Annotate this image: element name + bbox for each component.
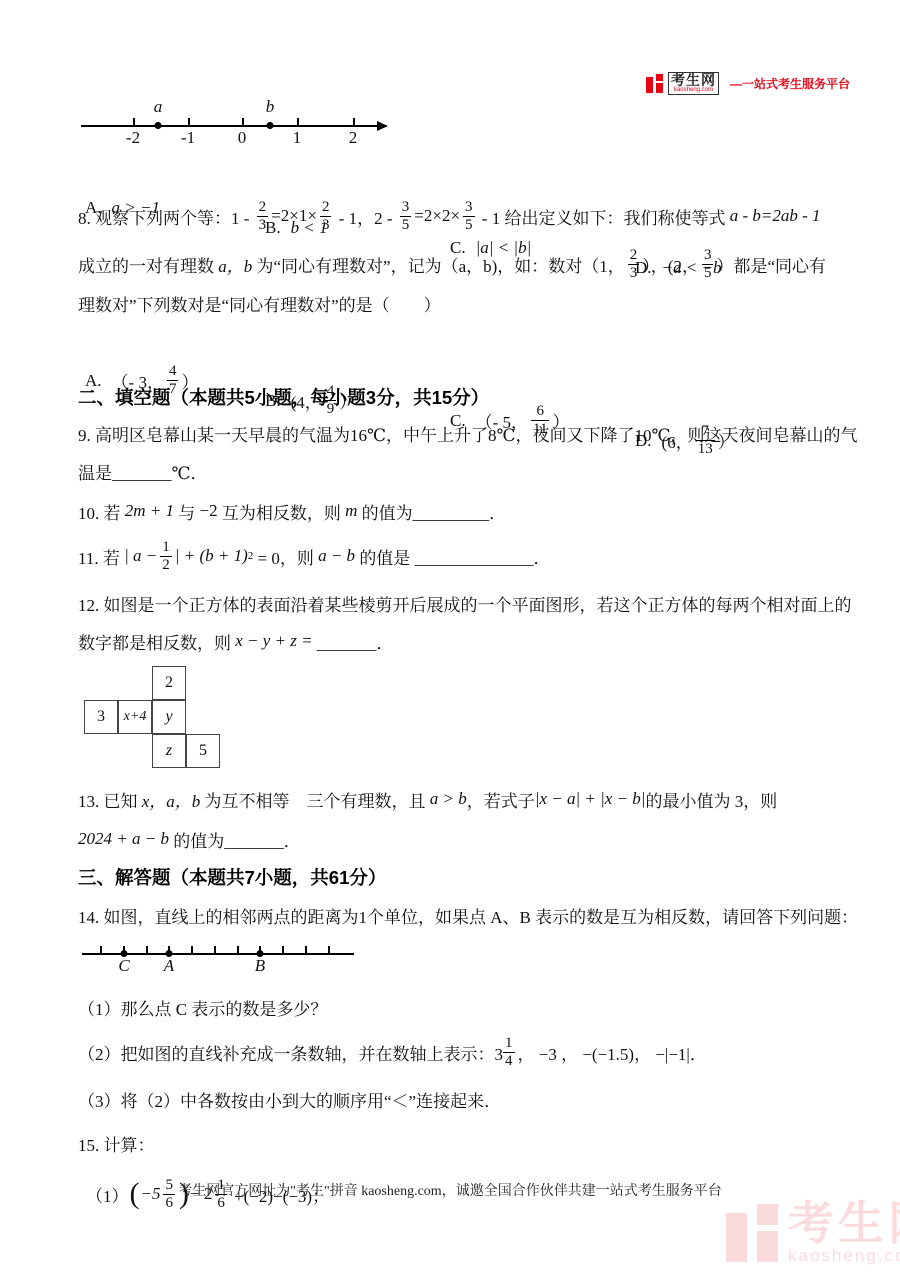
option-label: D.	[635, 258, 652, 278]
tick-mark	[297, 118, 299, 126]
q12-cube-net-figure: 2 3 x+4 y z 5	[80, 666, 320, 774]
tick-mark	[214, 946, 216, 953]
q11-line: 11. 若 | a − 12 | + (b + 1) 2 = 0，则 a − b…	[78, 532, 855, 580]
point-a-label: A	[164, 956, 174, 976]
q15-title: 15. 计算：	[78, 1128, 855, 1158]
q8-option-d: D.(6，713）	[635, 424, 735, 457]
option-text: ）	[339, 388, 356, 413]
q8-vars: a，b	[218, 252, 252, 277]
tick-label: -1	[181, 128, 195, 148]
fraction: 611	[531, 404, 549, 437]
q11-math: | a −	[124, 546, 157, 566]
fraction: 47	[167, 364, 179, 397]
numerator: 1	[160, 540, 172, 556]
q14-text: （2）把如图的直线补充成一条数轴，并在数轴上表示：3	[78, 1040, 503, 1065]
option-text: b < 1	[291, 218, 328, 238]
option-text: （- 3，	[112, 368, 164, 393]
footer-text: 考生网官方网址为"考生"拼音 kaosheng.com，诚邀全国合作伙伴共建一站…	[0, 1180, 900, 1200]
option-label: C.	[450, 238, 466, 258]
net-cell-5: 5	[186, 734, 220, 768]
q7-option-a: A.a > −1	[85, 198, 160, 218]
q13-math: |x − a| + |x − b|	[535, 789, 646, 809]
q7-option-c: C.|a| < |b|	[450, 238, 531, 258]
exam-page: -2 -1 0 1 2 a b A.a > −1 B.b < 1 C.|a| <…	[0, 0, 900, 1222]
option-text: |a| < |b|	[476, 238, 532, 258]
q10-text: 10. 若	[78, 499, 125, 524]
option-text: ）	[552, 408, 569, 433]
option-label: C.	[450, 411, 466, 431]
watermark-brand-domain: kaosheng.com	[788, 1246, 900, 1266]
numerator: 7	[696, 424, 715, 440]
fraction: 49	[325, 384, 337, 417]
q13-text: 的最小值为 3，则	[645, 787, 777, 812]
tick-label: 1	[293, 128, 302, 148]
q13-line1: 13. 已知 x，a，b 为互不相等 三个有理数，且 a > b ，若式子 |x…	[78, 784, 855, 814]
option-text: （- 5，	[476, 408, 528, 433]
numerator: 2	[320, 200, 332, 216]
q13-math: x，a，b	[142, 787, 201, 812]
q8-formula: a - b=2ab - 1	[730, 206, 821, 226]
q10-line: 10. 若 2m + 1 与 −2 互为相反数，则 m 的值为_________…	[78, 496, 855, 526]
q11-math: (b + 1)	[199, 546, 247, 566]
fraction: 713	[696, 424, 715, 457]
tick-mark	[353, 118, 355, 126]
fraction: 12	[160, 540, 172, 573]
point-a-label: a	[154, 97, 163, 117]
tick-label: 0	[238, 128, 247, 148]
option-label: A.	[85, 371, 102, 391]
q8-text: 为“同心有理数对”，记为（a，b)，如：数对（1，	[252, 252, 625, 277]
q10-text: 与	[174, 499, 200, 524]
tick-mark	[188, 118, 190, 126]
point-b-dot	[267, 122, 274, 129]
q13-text: ，若式子	[467, 787, 535, 812]
q13-text: 13. 已知	[78, 787, 142, 812]
q11-math: | +	[175, 546, 200, 566]
q7-option-b: B.b < 1	[265, 218, 328, 238]
q8-line3: 理数对”下列数对是“同心有理数对”的是（ ）	[78, 288, 855, 318]
q14-part1: （1）那么点 C 表示的数是多少？	[78, 992, 855, 1022]
tick-mark	[191, 946, 193, 953]
q8-text: - 1 给出定义如下：我们称使等式	[478, 204, 730, 229]
q13-text: 的值为_______．	[169, 827, 301, 852]
numerator: 4	[325, 384, 337, 400]
q7-options: A.a > −1 B.b < 1 C.|a| < |b| D.−a < −b	[78, 158, 855, 184]
option-label: B.	[265, 391, 281, 411]
fraction: 14	[503, 1036, 515, 1069]
numerator: 1	[503, 1036, 515, 1052]
fraction: 35	[463, 200, 475, 233]
q7-numberline-figure: -2 -1 0 1 2 a b	[75, 96, 395, 152]
q13-math: a > b	[430, 789, 467, 809]
point-b-label: b	[266, 97, 275, 117]
q8-option-a: A.（- 3，47）	[85, 364, 198, 397]
numerator: 2	[257, 200, 269, 216]
q8-line1: 8. 观察下列两个等：1 - 23 =2×1× 23 - 1，2 - 35 =2…	[78, 192, 855, 240]
tick-mark	[146, 946, 148, 953]
q11-math: a − b	[318, 546, 355, 566]
tick-mark	[328, 946, 330, 953]
q10-math: −2	[200, 501, 218, 521]
denominator: 4	[503, 1052, 515, 1069]
denominator: 5	[400, 216, 412, 233]
option-label: B.	[265, 218, 281, 238]
tick-mark	[133, 118, 135, 126]
numerator: 4	[167, 364, 179, 380]
q8-text: - 1，2 -	[334, 204, 396, 229]
q13-math: 2024 + a − b	[78, 829, 169, 849]
q10-math: 2m + 1	[125, 501, 174, 521]
option-text: a > −1	[112, 198, 160, 218]
q8-text: =2×2×	[414, 206, 460, 226]
option-text: −a < −b	[662, 258, 722, 278]
q8-options: A.（- 3，47） B.(4，49） C.（- 5，611） D.(6，713…	[78, 324, 855, 372]
denominator: 13	[696, 440, 715, 457]
option-label: D.	[635, 431, 652, 451]
denominator: 5	[463, 216, 475, 233]
q8-text: 成立的一对有理数	[78, 252, 218, 277]
net-cell-y: y	[152, 700, 186, 734]
denominator: 2	[160, 556, 172, 573]
net-cell-x4: x+4	[118, 700, 152, 734]
net-cell-z: z	[152, 734, 186, 768]
q12-math: x − y + z =	[235, 631, 312, 651]
option-text: ）	[181, 368, 198, 393]
q10-text: 互为相反数，则	[218, 499, 346, 524]
option-label: A.	[85, 198, 102, 218]
watermark-logo: 考生网 kaosheng.com	[726, 1200, 900, 1266]
point-a-dot	[155, 122, 162, 129]
watermark-text: 考生网 kaosheng.com	[788, 1200, 900, 1266]
q8-option-c: C.（- 5，611）	[450, 404, 569, 437]
watermark-brand-name: 考生网	[788, 1200, 900, 1246]
denominator: 11	[531, 420, 549, 437]
net-cell-3: 3	[84, 700, 118, 734]
q8-option-b: B.(4，49）	[265, 384, 356, 417]
numberline-axis	[81, 125, 381, 127]
denominator: 7	[167, 380, 179, 397]
tick-mark	[305, 946, 307, 953]
tick-mark	[237, 946, 239, 953]
point-c-label: C	[118, 956, 129, 976]
tick-mark	[242, 118, 244, 126]
q9-line2: 温是_______℃．	[78, 456, 855, 486]
q11-text: = 0，则	[253, 544, 318, 569]
q10-math: m	[345, 501, 357, 521]
q11-text: 11. 若	[78, 544, 124, 569]
q14-text: ， −3 ， −(−1.5)， −|−1|．	[518, 1040, 707, 1065]
numberline-arrow-icon	[377, 121, 388, 131]
denominator: 9	[325, 400, 337, 417]
net-cell-2: 2	[152, 666, 186, 700]
q12-text: 数字都是相反数，则	[78, 629, 235, 654]
point-b-label: B	[255, 956, 265, 976]
q14-part2: （2）把如图的直线补充成一条数轴，并在数轴上表示：3 14 ， −3 ， −(−…	[78, 1028, 855, 1076]
q14-part3: （3）将（2）中各数按由小到大的顺序用“＜”连接起来．	[78, 1084, 855, 1114]
q11-text: 的值是 ______________．	[355, 544, 551, 569]
q7-option-d: D.−a < −b	[635, 258, 721, 278]
q14-intro: 14. 如图，直线上的相邻两点的距离为1个单位，如果点 A、B 表示的数是互为相…	[78, 900, 855, 930]
option-text: (4，	[291, 388, 322, 413]
tick-mark	[282, 946, 284, 953]
kaosheng-logo-icon	[726, 1204, 778, 1262]
q12-line2: 数字都是相反数，则 x − y + z = _______．	[78, 626, 855, 656]
q14-line-figure: C A B	[82, 938, 362, 982]
option-text: (6，	[662, 428, 693, 453]
tick-label: -2	[126, 128, 140, 148]
section3-heading: 三、解答题（本题共7小题，共61分）	[78, 862, 855, 892]
option-text: ）	[718, 428, 735, 453]
tick-mark	[100, 946, 102, 953]
q12-line1: 12. 如图是一个正方体的表面沿着某些棱剪开后展成的一个平面图形，若这个正方体的…	[78, 588, 855, 618]
q13-text: 为互不相等 三个有理数，且	[200, 787, 430, 812]
q13-line2: 2024 + a − b 的值为_______．	[78, 824, 855, 854]
fraction: 35	[400, 200, 412, 233]
numerator: 6	[531, 404, 549, 420]
numerator: 3	[463, 200, 475, 216]
numerator: 3	[400, 200, 412, 216]
q12-text: _______．	[313, 629, 394, 654]
tick-label: 2	[349, 128, 358, 148]
q10-text: 的值为_________．	[357, 499, 506, 524]
q8-text: 理数对”下列数对是“同心有理数对”的是（ ）	[78, 291, 441, 316]
q8-text: ）都是“同心有	[716, 252, 826, 277]
